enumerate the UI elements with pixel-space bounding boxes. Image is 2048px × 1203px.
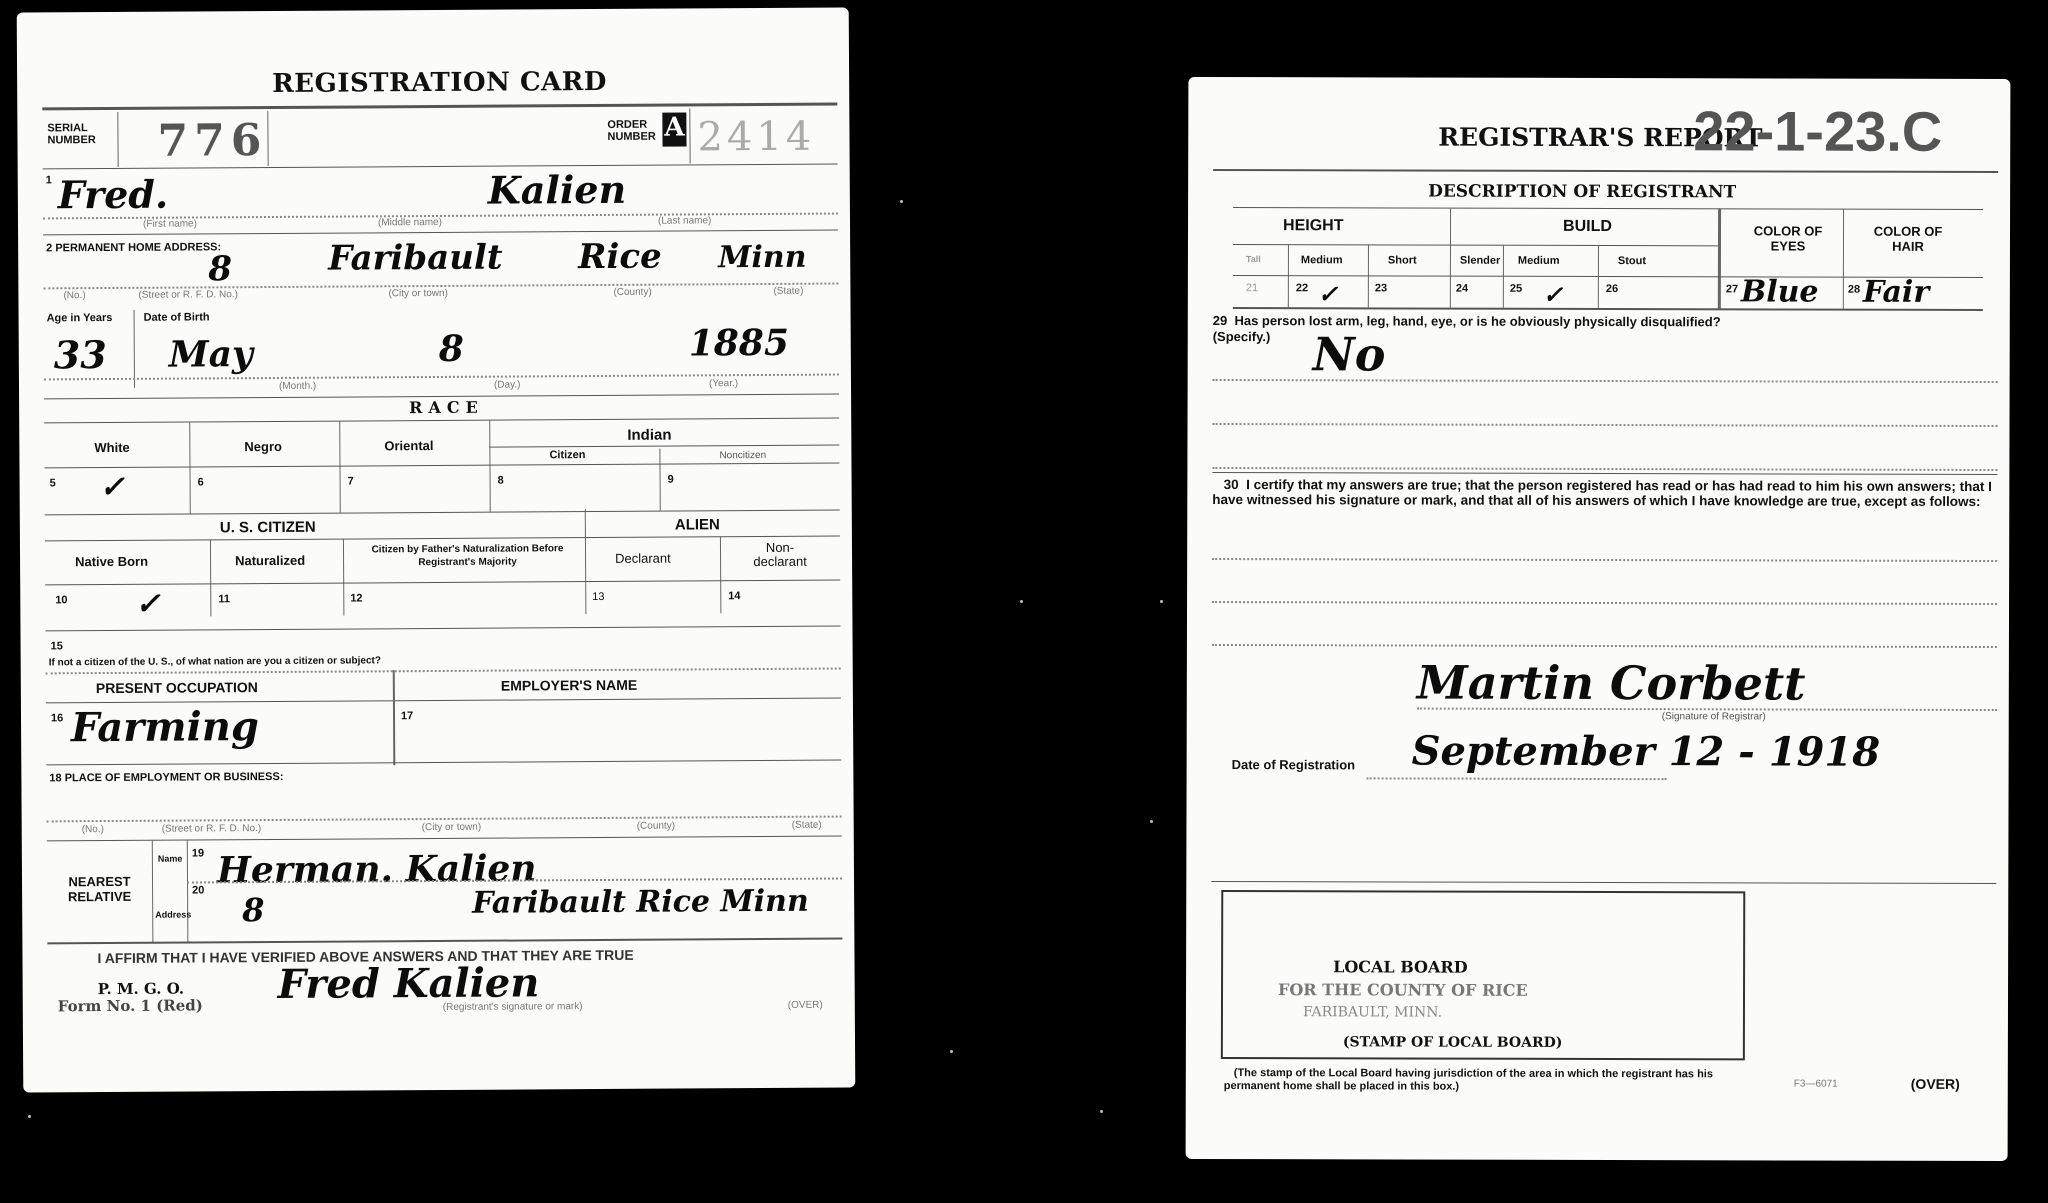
divider <box>267 111 268 166</box>
dob-label: Date of Birth <box>144 311 210 323</box>
field-number: 10 <box>55 594 67 606</box>
eye-color-label: COLOR OF EYES <box>1748 223 1828 253</box>
divider <box>47 938 842 945</box>
caption: (Month.) <box>279 381 316 392</box>
registrars-report-card: REGISTRAR'S REPORT 22-1-23.C DESCRIPTION… <box>1186 77 2011 1161</box>
divider <box>1450 208 1451 308</box>
native-born-checkmark: ✓ <box>135 587 160 622</box>
divider <box>1718 208 1721 308</box>
race-white-checkmark: ✓ <box>100 470 125 505</box>
registrar-signature: Martin Corbett <box>1417 656 1806 711</box>
field-number: 16 <box>51 712 63 724</box>
alien-title: ALIEN <box>675 516 720 533</box>
column-header: Noncitizen <box>719 450 766 461</box>
relative-address-label: Address <box>155 910 191 920</box>
address-state: Minn <box>718 240 806 276</box>
dob-year: 1885 <box>689 322 789 365</box>
caption: (Middle name) <box>378 217 442 228</box>
field-number: 26 <box>1606 283 1618 295</box>
column-header: Tall <box>1246 254 1261 264</box>
column-header: Naturalized <box>235 553 305 568</box>
over-label: (OVER) <box>788 1000 823 1011</box>
race-title: RACE <box>409 398 484 417</box>
build-medium-checkmark: ✓ <box>1543 280 1563 309</box>
column-header: White <box>94 440 129 455</box>
caption: (Last name) <box>658 215 711 226</box>
dob-day: 8 <box>439 328 464 370</box>
caption: (City or town) <box>388 288 448 299</box>
height-label: HEIGHT <box>1283 217 1344 235</box>
relative-address-city: Faribault Rice Minn <box>472 884 809 921</box>
question-15: If not a citizen of the U. S., of what n… <box>49 655 381 668</box>
field-number: 20 <box>192 884 204 896</box>
form-label: P. M. G. O. <box>98 980 185 999</box>
question-29: 29 Has person lost arm, leg, hand, eye, … <box>1213 313 1721 329</box>
dotted-line <box>1212 558 1997 562</box>
registration-date: September 12 - 1918 <box>1412 728 1881 776</box>
caption: (City or town) <box>422 822 482 833</box>
column-header: Native Born <box>75 554 148 569</box>
divider <box>393 670 396 765</box>
field-number: 21 <box>1246 282 1258 294</box>
dotted-line <box>1367 777 1667 780</box>
divider <box>45 510 840 516</box>
divider <box>117 112 118 167</box>
divider <box>343 539 344 616</box>
field-number: 11 <box>218 593 230 605</box>
dotted-line <box>1213 379 1998 383</box>
field-number: 12 <box>350 592 362 604</box>
build-label: BUILD <box>1563 218 1612 236</box>
specify-label: (Specify.) <box>1213 329 1271 344</box>
divider <box>187 840 189 943</box>
divider <box>1213 169 1998 173</box>
occupation-label: PRESENT OCCUPATION <box>96 679 258 696</box>
caption: (Signature of Registrar) <box>1662 711 1766 722</box>
divider <box>44 418 839 424</box>
address-city: Faribault <box>328 238 503 279</box>
field-number: 19 <box>192 847 204 859</box>
registration-card-front: REGISTRATION CARD SERIAL NUMBER 776 ORDE… <box>17 7 856 1092</box>
column-header: Declarant <box>615 551 671 566</box>
dust-speck <box>1020 600 1023 603</box>
field-number: 17 <box>401 710 413 722</box>
column-header: Citizen <box>549 449 585 461</box>
divider <box>1233 244 1718 246</box>
order-prefix: A <box>662 112 686 146</box>
field-number: 25 <box>1510 283 1522 295</box>
serial-number-label: SERIAL NUMBER <box>47 122 112 146</box>
column-header: Negro <box>244 439 282 454</box>
field-number: 6 <box>198 476 204 488</box>
field-number: 24 <box>1456 283 1468 295</box>
caption: (County) <box>637 821 675 832</box>
employer-label: EMPLOYER'S NAME <box>501 677 637 694</box>
stamp-line: LOCAL BOARD <box>1333 957 1468 976</box>
dotted-line <box>1212 601 1997 605</box>
caption: (Year.) <box>709 378 738 389</box>
divider <box>489 445 839 448</box>
registration-date-label: Date of Registration <box>1232 757 1356 772</box>
field-number: 1 <box>46 174 52 186</box>
field-number: 22 <box>1296 282 1308 294</box>
question-text: Has person lost arm, leg, hand, eye, or … <box>1234 313 1720 329</box>
last-name: Kalien <box>488 167 627 213</box>
over-label: (OVER) <box>1911 1076 1960 1092</box>
column-header: Slender <box>1460 255 1500 267</box>
divider <box>152 840 154 943</box>
stamp-note: (The stamp of the Local Board having jur… <box>1224 1067 1744 1094</box>
hair-color-value: Fair <box>1863 275 1929 310</box>
order-number-label: ORDER NUMBER <box>607 119 662 143</box>
eye-color-value: Blue <box>1741 274 1819 309</box>
field-number: 23 <box>1375 282 1387 294</box>
divider <box>1212 472 1997 475</box>
caption: (State) <box>773 286 803 297</box>
relative-address-no: 8 <box>242 891 264 929</box>
address-county: Rice <box>578 237 662 278</box>
q29-answer: No <box>1313 327 1386 381</box>
height-medium-checkmark: ✓ <box>1318 279 1338 308</box>
divider <box>689 108 690 163</box>
address-no: 8 <box>208 249 232 289</box>
divider <box>46 760 841 766</box>
relative-name-label: Name <box>158 854 183 864</box>
field-number: 30 <box>1224 477 1239 492</box>
dust-speck <box>28 1115 31 1118</box>
field-number: 29 <box>1213 313 1228 328</box>
place-of-employment-label: 18 PLACE OF EMPLOYMENT OR BUSINESS: <box>49 771 283 784</box>
caption: (Street or R. F. D. No.) <box>138 289 238 301</box>
citizen-title: U. S. CITIZEN <box>220 519 316 537</box>
divider <box>1843 209 1844 309</box>
field-number: 27 <box>1726 283 1738 295</box>
divider <box>585 509 587 614</box>
caption: (No.) <box>63 290 85 301</box>
dotted-line <box>1212 644 1997 648</box>
serial-number: 776 <box>157 115 267 167</box>
divider <box>42 103 837 111</box>
dob-month: May <box>169 333 253 376</box>
caption: (Registrant's signature or mark) <box>443 1001 583 1013</box>
form-code: F3—6071 <box>1794 1079 1838 1090</box>
order-number: 2414 <box>697 114 815 161</box>
first-name: Fred. <box>58 172 169 218</box>
address-label: 2 PERMANENT HOME ADDRESS: <box>46 241 221 254</box>
stamp-caption: (STAMP OF LOCAL BOARD) <box>1343 1034 1563 1051</box>
caption: (Street or R. F. D. No.) <box>162 823 262 835</box>
nearest-relative-label: NEAREST RELATIVE <box>62 874 137 904</box>
field-number: 9 <box>668 474 674 486</box>
dotted-line <box>1213 423 1998 427</box>
field-number: 15 <box>51 640 63 652</box>
divider <box>46 698 841 704</box>
field-number: 5 <box>50 477 56 489</box>
age-value: 33 <box>54 332 107 377</box>
hair-color-label: COLOR OF HAIR <box>1868 224 1948 254</box>
divider <box>210 539 211 616</box>
dust-speck <box>950 1050 953 1053</box>
form-number: Form No. 1 (Red) <box>58 996 203 1015</box>
age-label: Age in Years <box>47 312 113 324</box>
column-header: Citizen by Father's Naturalization Befor… <box>355 542 580 569</box>
divider <box>1233 207 1983 210</box>
field-number: 28 <box>1848 284 1860 296</box>
divider <box>720 536 721 613</box>
dotted-line <box>46 668 841 675</box>
certification-text: I certify that my answers are true; that… <box>1212 477 1992 509</box>
caption: (No.) <box>82 824 104 835</box>
description-title: DESCRIPTION OF REGISTRANT <box>1428 182 1736 203</box>
dust-speck <box>1160 600 1163 603</box>
divider <box>134 310 135 388</box>
stamp-line: FOR THE COUNTY OF RICE <box>1278 980 1528 1000</box>
divider <box>47 836 842 842</box>
occupation-value: Farming <box>71 703 259 751</box>
column-header: Short <box>1388 254 1417 266</box>
column-header: Oriental <box>384 438 433 453</box>
card-title: REGISTRATION CARD <box>272 67 607 99</box>
divider <box>659 449 660 511</box>
field-number: 14 <box>728 590 740 602</box>
dust-speck <box>1100 1110 1103 1113</box>
caption: (State) <box>792 820 822 831</box>
column-header: Non-declarant <box>750 541 810 569</box>
field-number: 8 <box>498 475 504 487</box>
column-header: Indian <box>627 427 671 444</box>
dotted-line <box>1212 467 1997 471</box>
divider <box>43 230 838 236</box>
dust-speck <box>1150 820 1153 823</box>
stamp-line: FARIBAULT, MINN. <box>1303 1004 1442 1020</box>
field-number: 7 <box>348 476 354 488</box>
divider <box>1211 881 1996 884</box>
column-header: Medium <box>1518 255 1560 267</box>
caption: (County) <box>613 287 651 298</box>
caption: (Day.) <box>494 379 521 390</box>
dust-speck <box>900 200 903 203</box>
stamp-number: 22-1-23.C <box>1693 98 1942 164</box>
field-number: 13 <box>592 591 604 603</box>
column-header: Stout <box>1618 255 1646 267</box>
local-board-stamp-box: LOCAL BOARD FOR THE COUNTY OF RICE FARIB… <box>1221 890 1745 1060</box>
caption: (First name) <box>143 218 197 229</box>
divider <box>45 626 840 632</box>
column-header: Medium <box>1301 254 1343 266</box>
divider <box>44 463 839 469</box>
question-30: 30 I certify that my answers are true; t… <box>1212 477 1992 509</box>
